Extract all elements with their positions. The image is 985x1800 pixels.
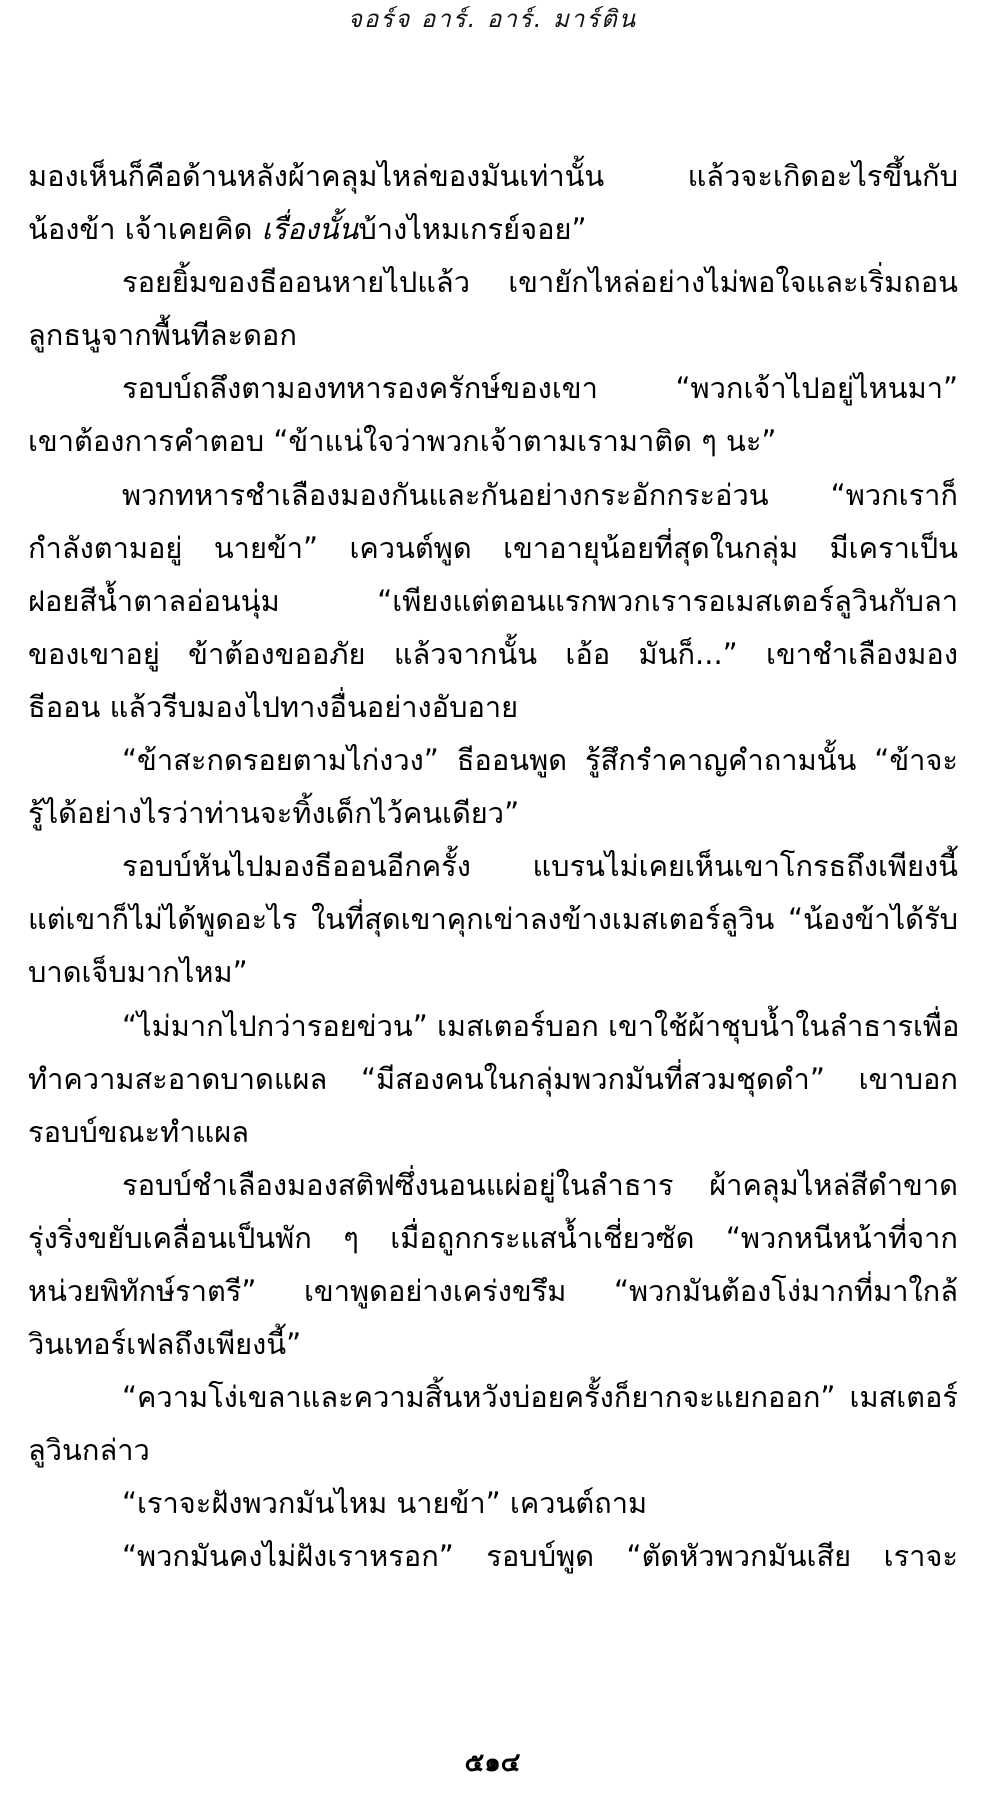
line-text: รอบบ์ถลึงตามองทหารองครักษ์ของเขา “พวกเจ้… <box>122 371 958 405</box>
line-text: รอบบ์ขณะทำแผล <box>28 1115 249 1149</box>
line-text: ฝอยสีน้ำตาลอ่อนนุ่ม “เพียงแต่ตอนแรกพวกเร… <box>28 584 958 618</box>
paragraph-start-line: “ข้าสะกดรอยตามไก่งวง” ธีออนพูด รู้สึกรำค… <box>28 734 958 787</box>
text-line: ลูกธนูจากพื้นทีละดอก <box>28 309 958 362</box>
line-text: ธีออน แล้วรีบมองไปทางอื่นอย่างอับอาย <box>28 690 518 724</box>
line-text: “พวกมันคงไม่ฝังเราหรอก” รอบบ์พูด “ตัดหัว… <box>122 1539 958 1573</box>
line-text: รอบบ์หันไปมองธีออนอีกครั้ง แบรนไม่เคยเห็… <box>122 849 958 883</box>
line-text: แต่เขาก็ไม่ได้พูดอะไร ในที่สุดเขาคุกเข่า… <box>28 902 958 936</box>
text-line: มองเห็นก็คือด้านหลังผ้าคลุมไหล่ของมันเท่… <box>28 150 958 203</box>
paragraph-start-line: “ไม่มากไปกว่ารอยข่วน” เมสเตอร์บอก เขาใช้… <box>28 1000 958 1053</box>
line-text: รู้ได้อย่างไรว่าท่านจะทิ้งเด็กไว้คนเดียว… <box>28 796 519 830</box>
line-text: “ข้าสะกดรอยตามไก่งวง” ธีออนพูด รู้สึกรำค… <box>122 743 958 777</box>
page-number: ๕๑๔ <box>0 1748 985 1778</box>
line-text: “ไม่มากไปกว่ารอยข่วน” เมสเตอร์บอก เขาใช้… <box>122 1009 959 1043</box>
line-text: “ความโง่เขลาและความสิ้นหวังบ่อยครั้งก็ยา… <box>122 1380 958 1414</box>
line-text: “เราจะฝังพวกมันไหม นายข้า” เควนต์ถาม <box>122 1486 647 1520</box>
line-text: รอบบ์ชำเลืองมองสติฟซึ่งนอนแผ่อยู่ในลำธาร… <box>122 1168 958 1202</box>
line-text: ลูวินกล่าว <box>28 1433 150 1467</box>
line-text: เขาต้องการคำตอบ “ข้าแน่ใจว่าพวกเจ้าตามเร… <box>28 424 776 458</box>
text-line: รู้ได้อย่างไรว่าท่านจะทิ้งเด็กไว้คนเดียว… <box>28 787 958 840</box>
line-text: น้องข้า เจ้าเคยคิด <box>28 212 262 246</box>
line-text: มองเห็นก็คือด้านหลังผ้าคลุมไหล่ของมันเท่… <box>28 159 958 193</box>
text-line: ฝอยสีน้ำตาลอ่อนนุ่ม “เพียงแต่ตอนแรกพวกเร… <box>28 575 958 628</box>
text-line: เขาต้องการคำตอบ “ข้าแน่ใจว่าพวกเจ้าตามเร… <box>28 415 958 468</box>
paragraph-start-line: พวกทหารชำเลืองมองกันและกันอย่างกระอักกระ… <box>28 469 958 522</box>
line-text: บาดเจ็บมากไหม” <box>28 955 248 989</box>
line-text: ของเขาอยู่ ข้าต้องขออภัย แล้วจากนั้น เอ้… <box>28 637 958 671</box>
text-line: ลูวินกล่าว <box>28 1424 958 1477</box>
paragraph-start-line: “เราจะฝังพวกมันไหม นายข้า” เควนต์ถาม <box>28 1477 958 1530</box>
line-text: หน่วยพิทักษ์ราตรี” เขาพูดอย่างเคร่งขรึม … <box>28 1274 958 1308</box>
page-body-text: มองเห็นก็คือด้านหลังผ้าคลุมไหล่ของมันเท่… <box>28 150 958 1584</box>
line-text: กำลังตามอยู่ นายข้า” เควนต์พูด เขาอายุน้… <box>28 531 958 565</box>
text-line: รอบบ์ขณะทำแผล <box>28 1106 958 1159</box>
paragraph-start-line: “พวกมันคงไม่ฝังเราหรอก” รอบบ์พูด “ตัดหัว… <box>28 1530 958 1583</box>
paragraph-start-line: “ความโง่เขลาและความสิ้นหวังบ่อยครั้งก็ยา… <box>28 1371 958 1424</box>
text-line: ธีออน แล้วรีบมองไปทางอื่นอย่างอับอาย <box>28 681 958 734</box>
line-text: ลูกธนูจากพื้นทีละดอก <box>28 318 297 352</box>
text-line: บาดเจ็บมากไหม” <box>28 946 958 999</box>
text-line: หน่วยพิทักษ์ราตรี” เขาพูดอย่างเคร่งขรึม … <box>28 1265 958 1318</box>
running-header-author: จอร์จ อาร์. อาร์. มาร์ติน <box>0 4 985 34</box>
line-text: พวกทหารชำเลืองมองกันและกันอย่างกระอักกระ… <box>122 478 958 512</box>
line-text: รุ่งริ่งขยับเคลื่อนเป็นพัก ๆ เมื่อถูกกระ… <box>28 1221 958 1255</box>
text-line: น้องข้า เจ้าเคยคิด เรื่องนั้นบ้างไหมเกรย… <box>28 203 958 256</box>
text-line: ทำความสะอาดบาดแผล “มีสองคนในกลุ่มพวกมันท… <box>28 1053 958 1106</box>
line-text: รอยยิ้มของธีออนหายไปแล้ว เขายักไหล่อย่าง… <box>122 265 958 299</box>
text-line: กำลังตามอยู่ นายข้า” เควนต์พูด เขาอายุน้… <box>28 522 958 575</box>
text-line: แต่เขาก็ไม่ได้พูดอะไร ในที่สุดเขาคุกเข่า… <box>28 893 958 946</box>
text-line: ของเขาอยู่ ข้าต้องขออภัย แล้วจากนั้น เอ้… <box>28 628 958 681</box>
text-line: รุ่งริ่งขยับเคลื่อนเป็นพัก ๆ เมื่อถูกกระ… <box>28 1212 958 1265</box>
paragraph-start-line: รอบบ์หันไปมองธีออนอีกครั้ง แบรนไม่เคยเห็… <box>28 840 958 893</box>
paragraph-start-line: รอบบ์ถลึงตามองทหารองครักษ์ของเขา “พวกเจ้… <box>28 362 958 415</box>
paragraph-start-line: รอยยิ้มของธีออนหายไปแล้ว เขายักไหล่อย่าง… <box>28 256 958 309</box>
line-text: บ้างไหมเกรย์จอย” <box>358 212 586 246</box>
text-line: วินเทอร์เฟลถึงเพียงนี้” <box>28 1318 958 1371</box>
paragraph-start-line: รอบบ์ชำเลืองมองสติฟซึ่งนอนแผ่อยู่ในลำธาร… <box>28 1159 958 1212</box>
line-text: วินเทอร์เฟลถึงเพียงนี้” <box>28 1327 301 1361</box>
italic-emphasis: เรื่องนั้น <box>262 212 359 246</box>
line-text: ทำความสะอาดบาดแผล “มีสองคนในกลุ่มพวกมันท… <box>28 1062 958 1096</box>
